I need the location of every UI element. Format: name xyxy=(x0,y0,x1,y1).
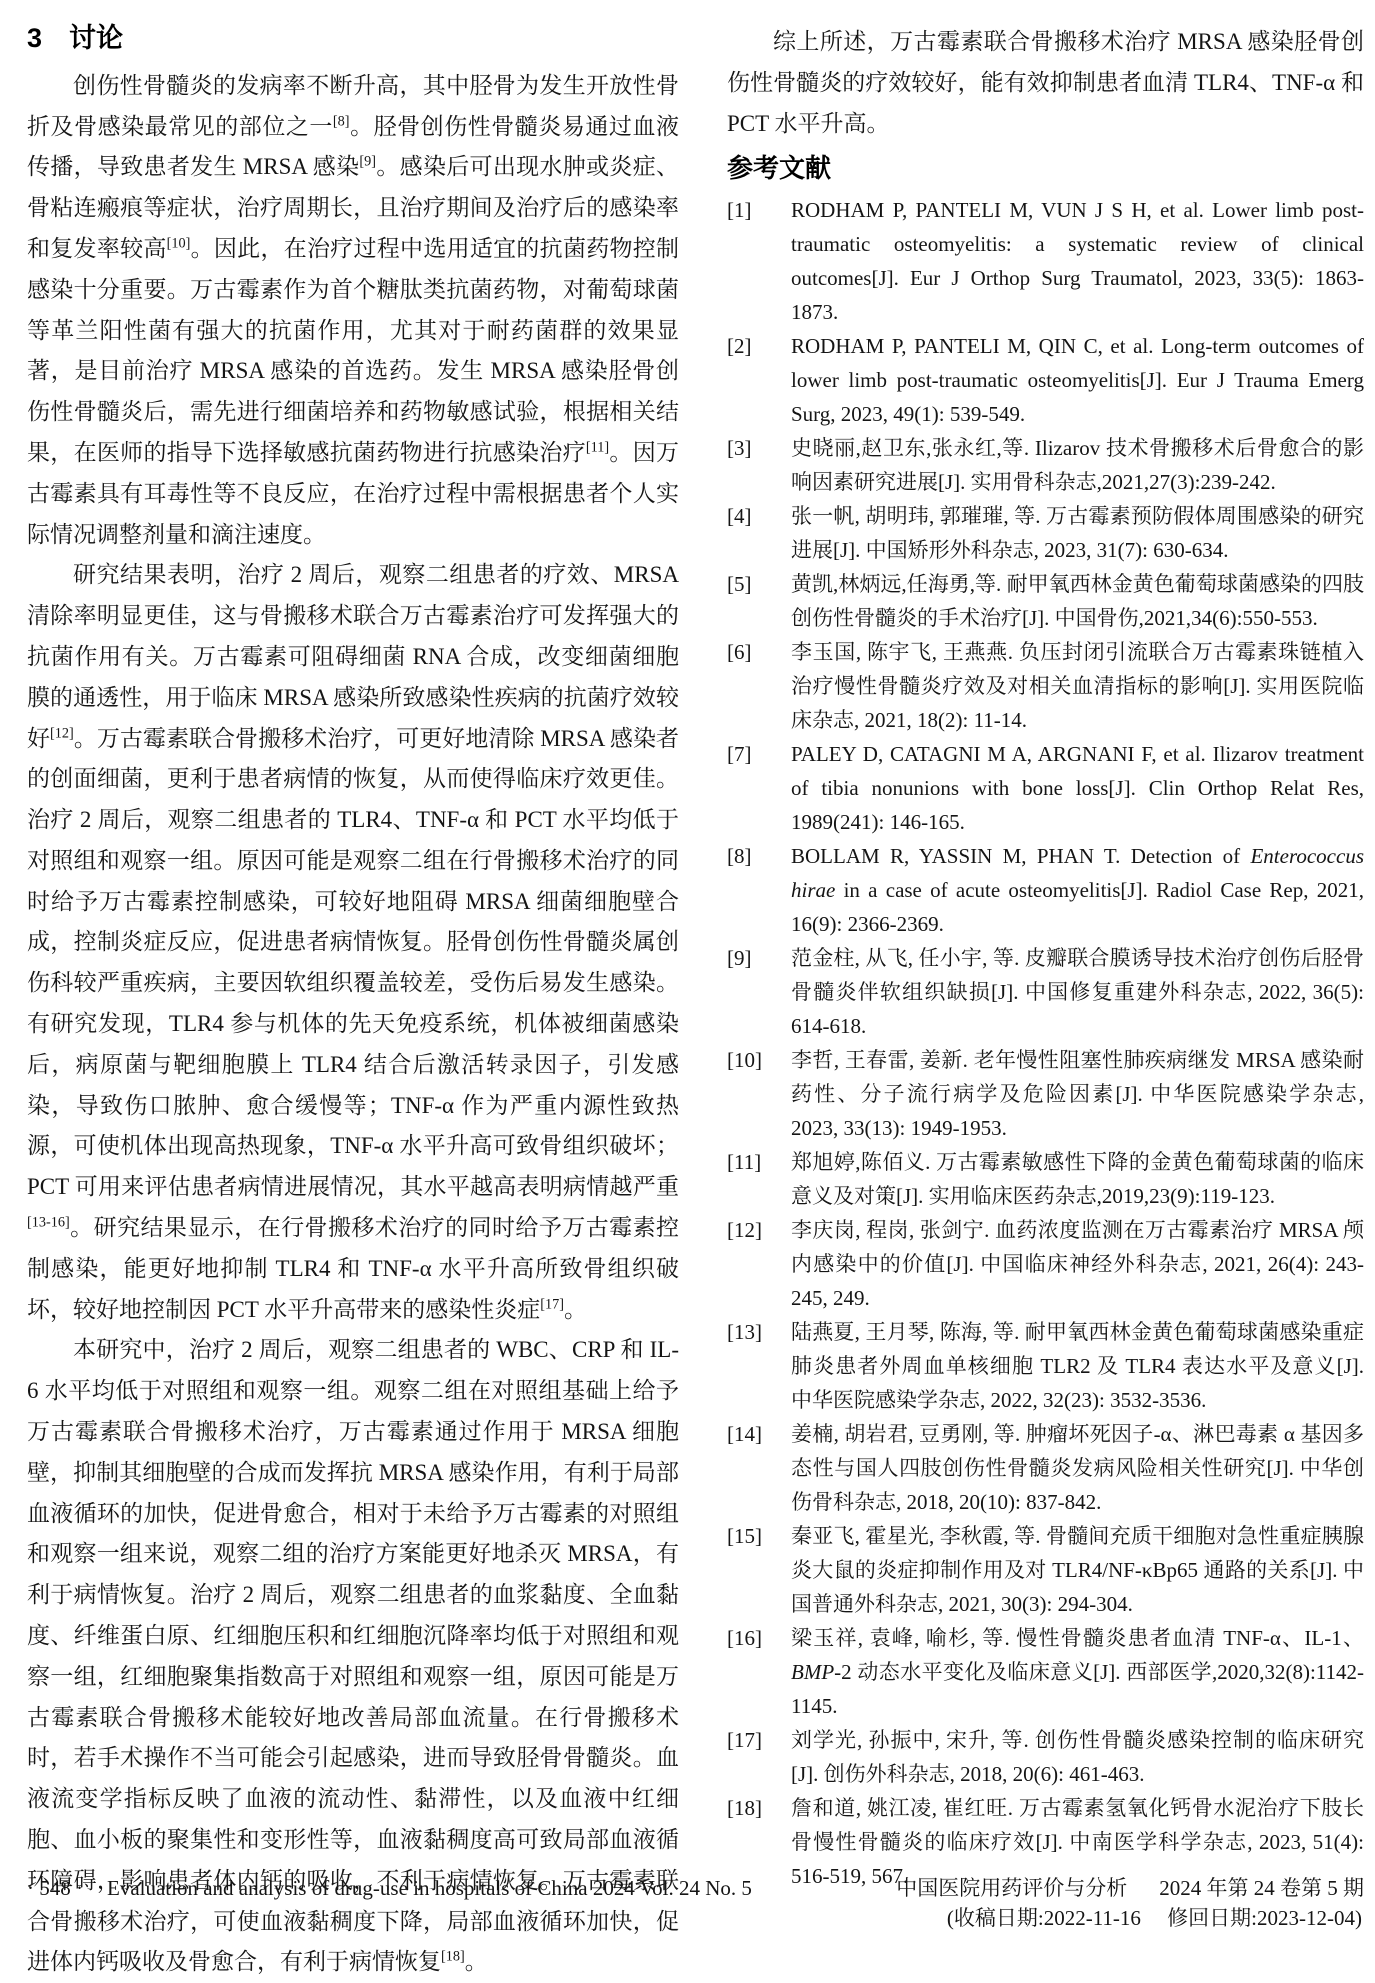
page-number: · 548 · xyxy=(27,1876,83,1900)
reference-item: [8]BOLLAM R, YASSIN M, PHAN T. Detection… xyxy=(727,839,1364,941)
reference-number: [10] xyxy=(727,1043,791,1145)
reference-number: [11] xyxy=(727,1145,791,1213)
reference-text: 范金柱, 从飞, 任小宇, 等. 皮瓣联合膜诱导技术治疗创伤后胫骨骨髓炎伴软组织… xyxy=(791,941,1364,1043)
reference-number: [16] xyxy=(727,1621,791,1723)
reference-text: 黄凯,林炳远,任海勇,等. 耐甲氧西林金黄色葡萄球菌感染的四肢创伤性骨髓炎的手术… xyxy=(791,567,1364,635)
reference-item: [13]陆燕夏, 王月琴, 陈海, 等. 耐甲氧西林金黄色葡萄球菌感染重症肺炎患… xyxy=(727,1315,1364,1417)
reference-item: [2]RODHAM P, PANTELI M, QIN C, et al. Lo… xyxy=(727,329,1364,431)
section-title: 3 讨论 xyxy=(27,22,679,56)
reference-item: [4]张一帆, 胡明玮, 郭璀璀, 等. 万古霉素预防假体周围感染的研究进展[J… xyxy=(727,499,1364,567)
reference-item: [10]李哲, 王春雷, 姜新. 老年慢性阻塞性肺疾病继发 MRSA 感染耐药性… xyxy=(727,1043,1364,1145)
reference-text: 陆燕夏, 王月琴, 陈海, 等. 耐甲氧西林金黄色葡萄球菌感染重症肺炎患者外周血… xyxy=(791,1315,1364,1417)
reference-item: [7]PALEY D, CATAGNI M A, ARGNANI F, et a… xyxy=(727,737,1364,839)
reference-text: 李庆岗, 程岗, 张剑宁. 血药浓度监测在万古霉素治疗 MRSA 颅内感染中的价… xyxy=(791,1213,1364,1315)
reference-text: 史晓丽,赵卫东,张永红,等. Ilizarov 技术骨搬移术后骨愈合的影响因素研… xyxy=(791,431,1364,499)
reference-text: 张一帆, 胡明玮, 郭璀璀, 等. 万古霉素预防假体周围感染的研究进展[J]. … xyxy=(791,499,1364,567)
reference-number: [2] xyxy=(727,329,791,431)
reference-number: [17] xyxy=(727,1723,791,1791)
reference-text: 梁玉祥, 袁峰, 喻杉, 等. 慢性骨髓炎患者血清 TNF-α、IL-1、BMP… xyxy=(791,1621,1364,1723)
reference-item: [15]秦亚飞, 霍星光, 李秋霞, 等. 骨髓间充质干细胞对急性重症胰腺炎大鼠… xyxy=(727,1519,1364,1621)
reference-item: [1]RODHAM P, PANTELI M, VUN J S H, et al… xyxy=(727,193,1364,329)
reference-number: [7] xyxy=(727,737,791,839)
reference-number: [12] xyxy=(727,1213,791,1315)
reference-number: [1] xyxy=(727,193,791,329)
reference-text: RODHAM P, PANTELI M, VUN J S H, et al. L… xyxy=(791,193,1364,329)
reference-text: 李玉国, 陈宇飞, 王燕燕. 负压封闭引流联合万古霉素珠链植入治疗慢性骨髓炎疗效… xyxy=(791,635,1364,737)
reference-item: [14]姜楠, 胡岩君, 豆勇刚, 等. 肿瘤坏死因子-α、淋巴毒素 α 基因多… xyxy=(727,1417,1364,1519)
discussion-paragraph: 创伤性骨髓炎的发病率不断升高，其中胫骨为发生开放性骨折及骨感染最常见的部位之一[… xyxy=(27,66,679,556)
reference-item: [11]郑旭婷,陈佰义. 万古霉素敏感性下降的金黄色葡萄球菌的临床意义及对策[J… xyxy=(727,1145,1364,1213)
reference-text: 郑旭婷,陈佰义. 万古霉素敏感性下降的金黄色葡萄球菌的临床意义及对策[J]. 实… xyxy=(791,1145,1364,1213)
reference-number: [14] xyxy=(727,1417,791,1519)
footer-right: 中国医院用药评价与分析2024 年第 24 卷第 5 期 xyxy=(896,1872,1364,1902)
page-footer: · 548 ·Evaluation and analysis of drug-u… xyxy=(27,1872,1364,1902)
references-title: 参考文献 xyxy=(727,152,1364,185)
reference-item: [12]李庆岗, 程岗, 张剑宁. 血药浓度监测在万古霉素治疗 MRSA 颅内感… xyxy=(727,1213,1364,1315)
left-column: 3 讨论 创伤性骨髓炎的发病率不断升高，其中胫骨为发生开放性骨折及骨感染最常见的… xyxy=(27,22,679,1983)
reference-text: BOLLAM R, YASSIN M, PHAN T. Detection of… xyxy=(791,839,1364,941)
reference-text: 秦亚飞, 霍星光, 李秋霞, 等. 骨髓间充质干细胞对急性重症胰腺炎大鼠的炎症抑… xyxy=(791,1519,1364,1621)
reference-text: 刘学光, 孙振中, 宋升, 等. 创伤性骨髓炎感染控制的临床研究[J]. 创伤外… xyxy=(791,1723,1364,1791)
reference-number: [6] xyxy=(727,635,791,737)
reference-item: [6]李玉国, 陈宇飞, 王燕燕. 负压封闭引流联合万古霉素珠链植入治疗慢性骨髓… xyxy=(727,635,1364,737)
reference-text: 姜楠, 胡岩君, 豆勇刚, 等. 肿瘤坏死因子-α、淋巴毒素 α 基因多态性与国… xyxy=(791,1417,1364,1519)
reference-item: [5]黄凯,林炳远,任海勇,等. 耐甲氧西林金黄色葡萄球菌感染的四肢创伤性骨髓炎… xyxy=(727,567,1364,635)
reference-item: [9]范金柱, 从飞, 任小宇, 等. 皮瓣联合膜诱导技术治疗创伤后胫骨骨髓炎伴… xyxy=(727,941,1364,1043)
right-column: 综上所述，万古霉素联合骨搬移术治疗 MRSA 感染胫骨创伤性骨髓炎的疗效较好，能… xyxy=(727,22,1364,1935)
reference-text: PALEY D, CATAGNI M A, ARGNANI F, et al. … xyxy=(791,737,1364,839)
reference-number: [13] xyxy=(727,1315,791,1417)
reference-number: [4] xyxy=(727,499,791,567)
reference-item: [16]梁玉祥, 袁峰, 喻杉, 等. 慢性骨髓炎患者血清 TNF-α、IL-1… xyxy=(727,1621,1364,1723)
references-list: [1]RODHAM P, PANTELI M, VUN J S H, et al… xyxy=(727,193,1364,1893)
conclusion-paragraph: 综上所述，万古霉素联合骨搬移术治疗 MRSA 感染胫骨创伤性骨髓炎的疗效较好，能… xyxy=(727,22,1364,144)
reference-number: [9] xyxy=(727,941,791,1043)
reference-number: [3] xyxy=(727,431,791,499)
footer-left: · 548 ·Evaluation and analysis of drug-u… xyxy=(27,1876,752,1901)
reference-text: RODHAM P, PANTELI M, QIN C, et al. Long-… xyxy=(791,329,1364,431)
reference-text: 李哲, 王春雷, 姜新. 老年慢性阻塞性肺疾病继发 MRSA 感染耐药性、分子流… xyxy=(791,1043,1364,1145)
issue-info: 2024 年第 24 卷第 5 期 xyxy=(1159,1876,1364,1900)
journal-title-english: Evaluation and analysis of drug-use in h… xyxy=(107,1876,752,1900)
discussion-paragraphs: 创伤性骨髓炎的发病率不断升高，其中胫骨为发生开放性骨折及骨感染最常见的部位之一[… xyxy=(27,66,679,1983)
received-revised-dates: (收稿日期:2022-11-16 修回日期:2023-12-04) xyxy=(727,1901,1364,1935)
reference-item: [3]史晓丽,赵卫东,张永红,等. Ilizarov 技术骨搬移术后骨愈合的影响… xyxy=(727,431,1364,499)
discussion-paragraph: 研究结果表明，治疗 2 周后，观察二组患者的疗效、MRSA 清除率明显更佳，这与… xyxy=(27,555,679,1330)
reference-number: [5] xyxy=(727,567,791,635)
reference-number: [15] xyxy=(727,1519,791,1621)
reference-item: [17]刘学光, 孙振中, 宋升, 等. 创伤性骨髓炎感染控制的临床研究[J].… xyxy=(727,1723,1364,1791)
journal-title-chinese: 中国医院用药评价与分析 xyxy=(896,1876,1127,1900)
reference-number: [8] xyxy=(727,839,791,941)
